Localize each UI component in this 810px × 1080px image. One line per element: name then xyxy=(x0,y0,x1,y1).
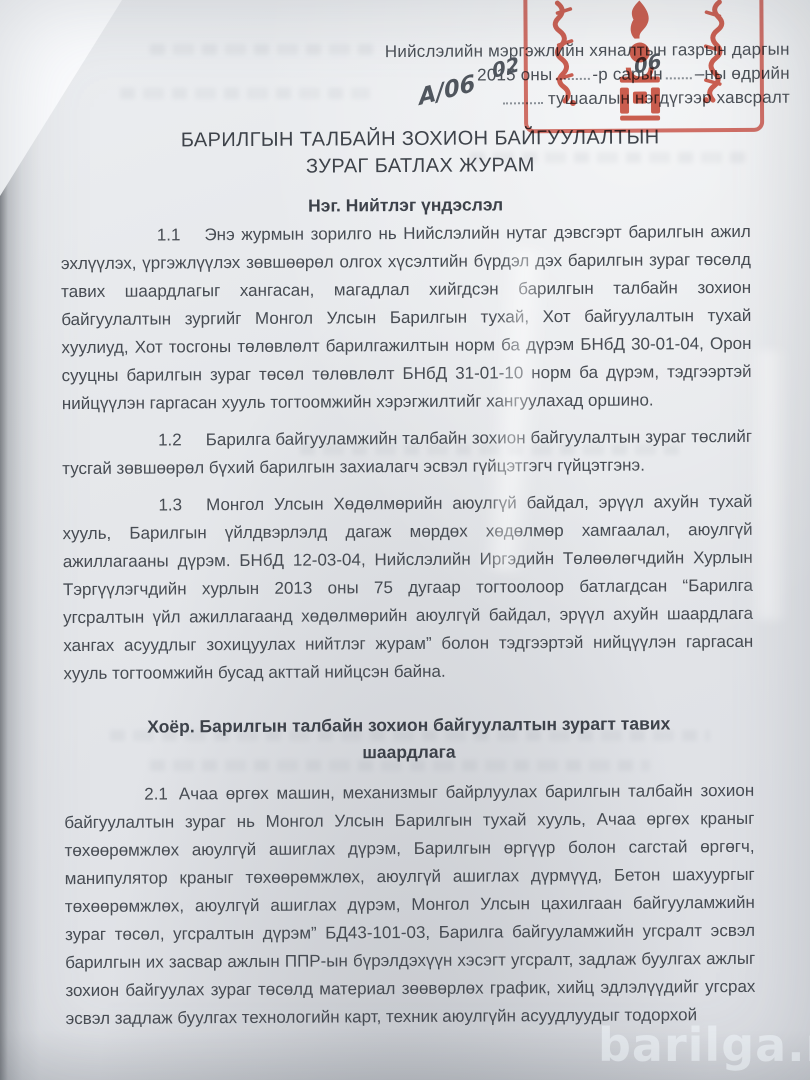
section-1-heading: Нэг. Нийтлэг үндэслэл xyxy=(61,190,751,221)
paragraph-number: 1.2 xyxy=(110,426,182,454)
title-line-1: БАРИЛГЫН ТАЛБАЙН ЗОХИОН БАЙГУУЛАЛТЫН xyxy=(90,124,750,155)
header-line-1: Нийслэлийн мэргэжлийн хяналтын газрын да… xyxy=(385,38,790,64)
section-2-body: 2.1Ачаа өргөх машин, механизмыг байрлуул… xyxy=(64,777,756,1033)
document-photo: Нийслэлийн мэргэжлийн хяналтын газрын да… xyxy=(0,0,810,1080)
paragraph-text: Монгол Улсын Хөдөлмөрийн аюулгүй байдал,… xyxy=(63,492,754,683)
soyombo-flame xyxy=(630,1,648,39)
paragraph-2-1: 2.1Ачаа өргөх машин, механизмыг байрлуул… xyxy=(64,777,756,1033)
paragraph-1-1: 1.1Энэ журмын зорилго нь Нийслэлийн нута… xyxy=(61,218,752,418)
bleed-through-line xyxy=(150,760,650,771)
paragraph-1-3: 1.3Монгол Улсын Хөдөлмөрийн аюулгүй байд… xyxy=(62,488,753,688)
paragraph-text: Энэ журмын зорилго нь Нийслэлийн нутаг д… xyxy=(61,222,752,413)
paragraph-number: 1.1 xyxy=(109,221,181,249)
site-watermark: barilga.mn xyxy=(598,1018,810,1072)
paragraph-number: 2.1 xyxy=(104,780,168,808)
section-1-body: 1.1Энэ журмын зорилго нь Нийслэлийн нута… xyxy=(61,218,754,697)
paragraph-text: Ачаа өргөх машин, механизмыг байрлуулах … xyxy=(64,781,755,1028)
bleed-through-line xyxy=(470,152,750,163)
bleed-through-line xyxy=(110,730,710,741)
blank-day xyxy=(666,63,692,79)
blank-order-number xyxy=(503,88,543,104)
bleed-through-line xyxy=(300,444,680,455)
bleed-through-line xyxy=(120,88,370,99)
header-line2-suffix: –ны өдрийн xyxy=(695,64,790,84)
header-line3-text: тушаалын нэгдүгээр хавсралт xyxy=(548,88,790,108)
paragraph-number: 1.3 xyxy=(110,491,182,519)
bleed-through-line xyxy=(150,44,380,55)
blank-month xyxy=(555,64,589,80)
